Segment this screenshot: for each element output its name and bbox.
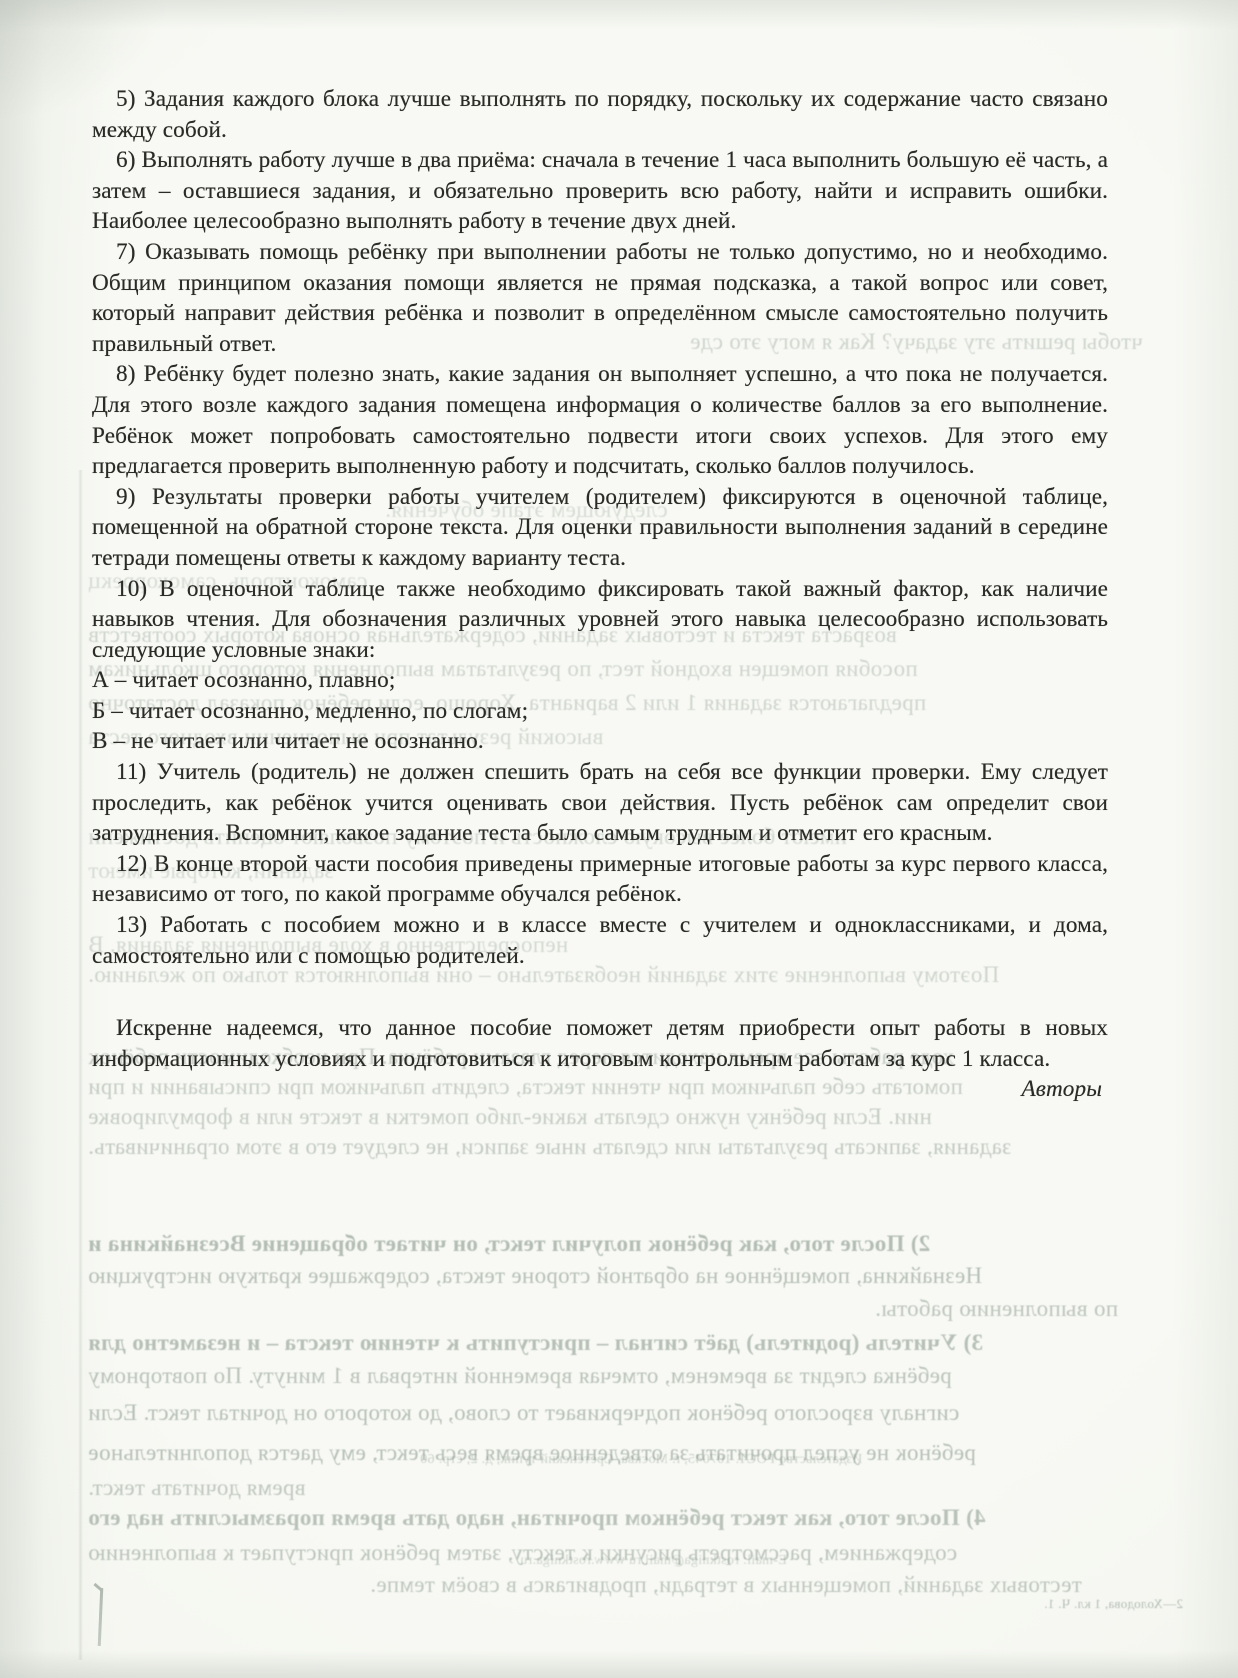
paragraph: Б – читает осознанно, медленно, по слога… (92, 696, 1108, 727)
paragraph: 9) Результаты проверки работы учителем (… (92, 482, 1108, 574)
bleedthrough-line: E-mail: rostkniga@mail.ru www.rostkniga.… (520, 1553, 787, 1569)
bleedthrough-line: сигналу взрослого ребёнок подчеркивает т… (88, 1400, 959, 1426)
bleedthrough-line: 4) После того, как текст ребёнком прочит… (88, 1505, 986, 1531)
paragraph: 7) Оказывать помощь ребёнку при выполнен… (92, 237, 1108, 359)
bleedthrough-line: Незнайкина, помещённое на обратной сторо… (88, 1263, 982, 1289)
paragraph: В – не читает или читает не осознанно. (92, 726, 1108, 757)
authors-signature: Авторы (92, 1074, 1108, 1105)
bleedthrough-line: ребёнок не успел прочитать за отведенное… (88, 1440, 976, 1466)
bleedthrough-line: 3) Учитель (родитель) даёт сигнал – прис… (88, 1330, 983, 1356)
bleedthrough-line: Издательство РОСТ. 107045, г. Москва, Ср… (420, 1452, 862, 1468)
bleedthrough-line: время дочитать текст. (88, 1475, 306, 1501)
paragraph: А – читает осознанно, плавно; (92, 665, 1108, 696)
paragraph: 13) Работать с пособием можно и в классе… (92, 910, 1108, 971)
paragraph: 6) Выполнять работу лучше в два приёма: … (92, 145, 1108, 237)
bleedthrough-line: по выполнению работы. (875, 1296, 1118, 1322)
scanned-page: чтобы решить эту задачу? Как я могу это … (0, 0, 1238, 1678)
bleedthrough-line: 2—Холодова, 1 кл. Ч. 1. (1044, 1596, 1183, 1612)
bleedthrough-line: ребёнка следит за временем, отмечая врем… (88, 1363, 952, 1389)
paragraph: 10) В оценочной таблице также необходимо… (92, 574, 1108, 666)
paragraph-list: 5) Задания каждого блока лучше выполнять… (92, 84, 1108, 1074)
bleedthrough-line: 2) После того, как ребёнок получил текст… (88, 1231, 930, 1257)
paragraph: 12) В конце второй части пособия приведе… (92, 849, 1108, 910)
paragraph: 5) Задания каждого блока лучше выполнять… (92, 84, 1108, 145)
pen-mark (98, 1588, 104, 1646)
bleedthrough-line: тестовых заданий, помещенных в тетради, … (370, 1572, 1082, 1598)
paragraph: 8) Ребёнку будет полезно знать, какие за… (92, 359, 1108, 481)
binding-shadow-line (78, 470, 83, 1660)
paragraph: 11) Учитель (родитель) не должен спешить… (92, 757, 1108, 849)
paragraph: Искренне надеемся, что данное пособие по… (92, 1013, 1108, 1074)
bleedthrough-line: задания, записать результаты или сделать… (88, 1134, 1011, 1160)
main-text: 5) Задания каждого блока лучше выполнять… (92, 84, 1108, 1105)
bleedthrough-line: нии. Если ребёнку нужно сделать какие-ли… (88, 1104, 932, 1130)
bleedthrough-line: содержанием, рассмотреть рисунки к текст… (88, 1540, 957, 1566)
